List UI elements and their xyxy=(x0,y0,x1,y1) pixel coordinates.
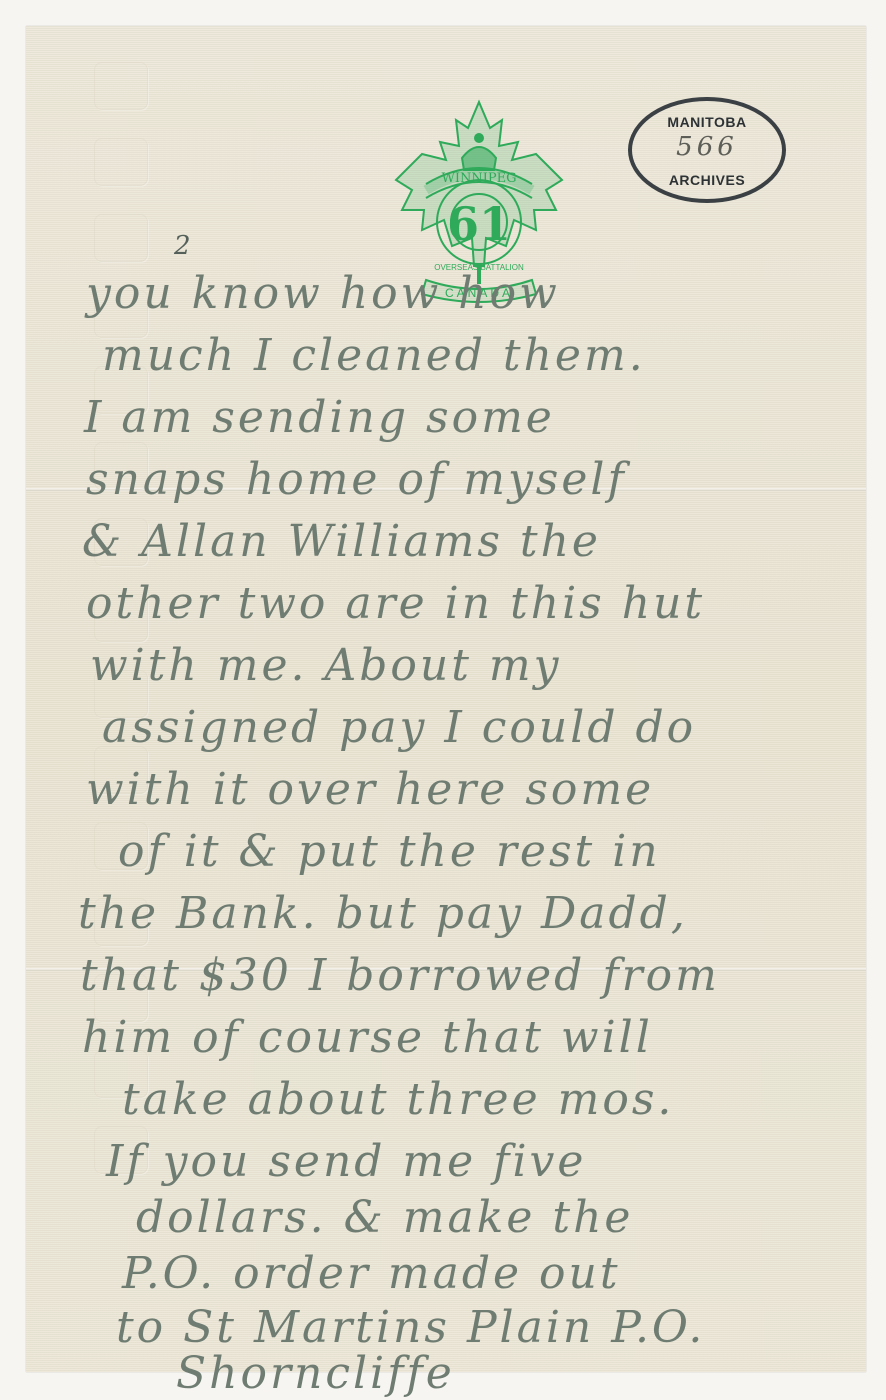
letter-line: assigned pay I could do xyxy=(102,702,696,753)
letter-line: Shorncliffe xyxy=(176,1348,455,1399)
letter-line: P.O. order made out xyxy=(122,1248,621,1299)
letter-line: dollars. & make the xyxy=(136,1192,633,1243)
letter-line: I am sending some xyxy=(84,392,555,443)
letter-page: WINNIPEG 61 OVERSEAS BATTALION CANADA MA… xyxy=(26,26,866,1372)
letter-line: you know how how xyxy=(86,268,560,319)
page-number: 2 xyxy=(174,231,191,261)
archive-stamp: MANITOBA 566 ARCHIVES xyxy=(627,96,787,204)
svg-text:WINNIPEG: WINNIPEG xyxy=(441,171,516,186)
letter-line: that $30 I borrowed from xyxy=(80,950,720,1001)
letter-line: snaps home of myself xyxy=(86,454,627,505)
stamp-number: 566 xyxy=(627,132,787,162)
letter-line: the Bank. but pay Dadd, xyxy=(78,888,688,939)
letter-line: & Allan Williams the xyxy=(82,516,601,567)
letter-line: much I cleaned them. xyxy=(102,330,646,381)
letter-line: with it over here some xyxy=(86,764,654,815)
letter-line: other two are in this hut xyxy=(86,578,705,629)
letter-line: take about three mos. xyxy=(122,1074,674,1125)
stamp-top-text: MANITOBA xyxy=(627,114,787,130)
letter-line: to St Martins Plain P.O. xyxy=(116,1302,705,1353)
letter-line: with me. About my xyxy=(90,640,562,691)
svg-text:61: 61 xyxy=(447,197,511,251)
letter-line: him of course that will xyxy=(82,1012,653,1063)
letter-line: of it & put the rest in xyxy=(118,826,661,877)
letter-line: If you send me five xyxy=(106,1136,586,1187)
stamp-bottom-text: ARCHIVES xyxy=(627,172,787,188)
